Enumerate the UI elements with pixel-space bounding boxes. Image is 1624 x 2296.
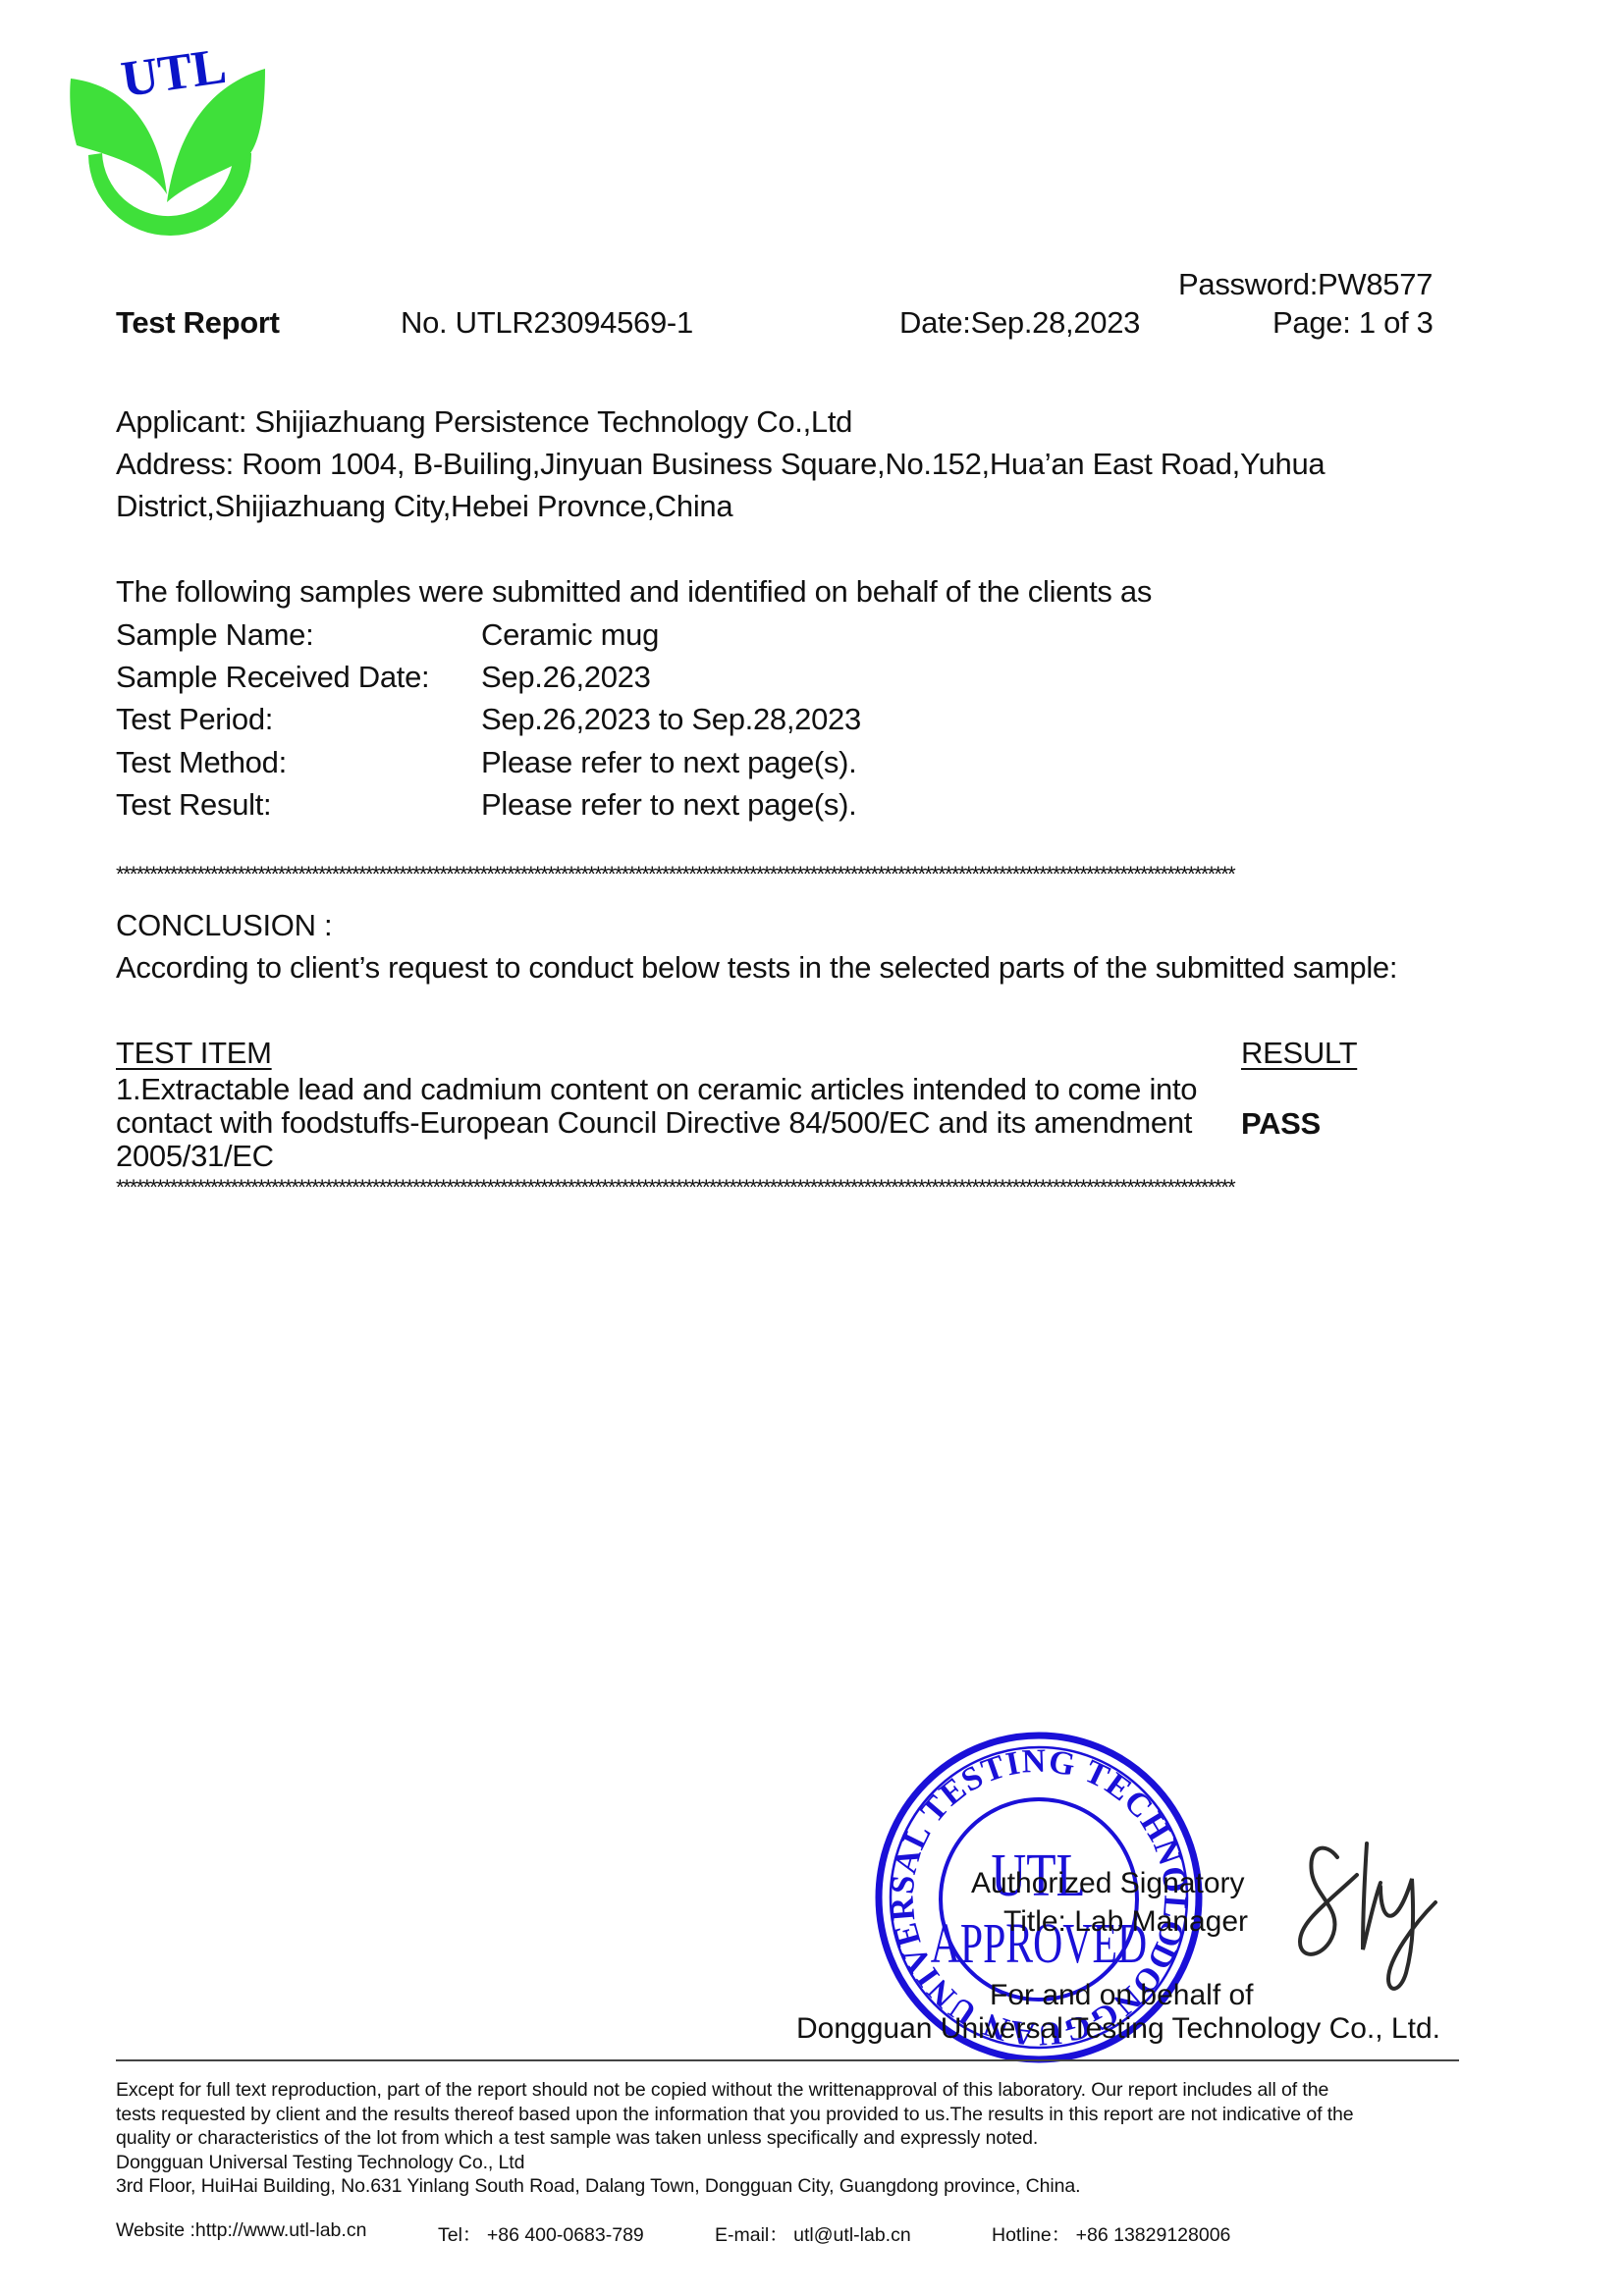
signatory-title: Title: Lab Manager: [1003, 1905, 1248, 1939]
disclaimer-line: quality or characteristics of the lot fr…: [116, 2126, 1471, 2151]
report-number: No. UTLR23094569-1: [401, 305, 693, 341]
report-date: Date:Sep.28,2023: [899, 305, 1140, 341]
address-line-1: Address: Room 1004, B-Builing,Jinyuan Bu…: [116, 447, 1325, 482]
signatory-label: Authorized Signatory: [971, 1867, 1245, 1900]
leaf-logo-icon: UTL: [69, 37, 271, 249]
page-number: Page: 1 of 3: [1272, 305, 1434, 341]
applicant: Applicant: Shijiazhuang Persistence Tech…: [116, 404, 852, 440]
disclaimer-line: tests requested by client and the result…: [116, 2103, 1471, 2127]
address-line-2: District,Shijiazhuang City,Hebei Provnce…: [116, 489, 732, 524]
disclaimer-line: Except for full text reproduction, part …: [116, 2078, 1471, 2103]
test-method-label: Test Method:: [116, 745, 287, 780]
svg-text:UTL: UTL: [118, 38, 230, 108]
sample-name-value: Ceramic mug: [481, 617, 659, 653]
footer-divider: [116, 2059, 1459, 2061]
utl-logo: UTL: [69, 37, 271, 249]
signatory-company: Dongguan Universal Testing Technology Co…: [796, 2012, 1440, 2046]
sample-name-label: Sample Name:: [116, 617, 313, 653]
test-period-value: Sep.26,2023 to Sep.28,2023: [481, 702, 861, 737]
test-item-text: 1.Extractable lead and cadmium content o…: [116, 1073, 1216, 1173]
test-result-badge: PASS: [1241, 1106, 1321, 1142]
conclusion-intro: According to client’s request to conduct…: [116, 950, 1397, 986]
test-item-header: TEST ITEM: [116, 1036, 272, 1071]
sample-received-date-value: Sep.26,2023: [481, 660, 651, 695]
footer-address: 3rd Floor, HuiHai Building, No.631 Yinla…: [116, 2174, 1471, 2199]
footer-tel: Tel： +86 400-0683-789: [438, 2219, 644, 2247]
sample-received-date-label: Sample Received Date:: [116, 660, 429, 695]
footer-hotline: Hotline： +86 13829128006: [992, 2219, 1230, 2247]
password: Password:PW8577: [1178, 267, 1433, 302]
footer: Except for full text reproduction, part …: [116, 2078, 1471, 2199]
separator-stars: ****************************************…: [116, 1175, 1449, 1201]
test-result-value: Please refer to next page(s).: [481, 787, 856, 823]
footer-email[interactable]: E-mail： utl@utl-lab.cn: [715, 2219, 911, 2247]
conclusion-heading: CONCLUSION :: [116, 908, 332, 943]
separator-stars: ****************************************…: [116, 862, 1461, 887]
page-title: Test Report: [116, 305, 280, 341]
samples-intro: The following samples were submitted and…: [116, 574, 1152, 610]
footer-website[interactable]: Website :http://www.utl-lab.cn: [116, 2219, 366, 2242]
test-period-label: Test Period:: [116, 702, 273, 737]
handwritten-signature-icon: [1286, 1836, 1473, 2002]
behalf-of-label: For and on behalf of: [990, 1979, 1254, 2012]
footer-company: Dongguan Universal Testing Technology Co…: [116, 2151, 1471, 2175]
test-result-label: Test Result:: [116, 787, 271, 823]
test-method-value: Please refer to next page(s).: [481, 745, 856, 780]
result-header: RESULT: [1241, 1036, 1357, 1071]
